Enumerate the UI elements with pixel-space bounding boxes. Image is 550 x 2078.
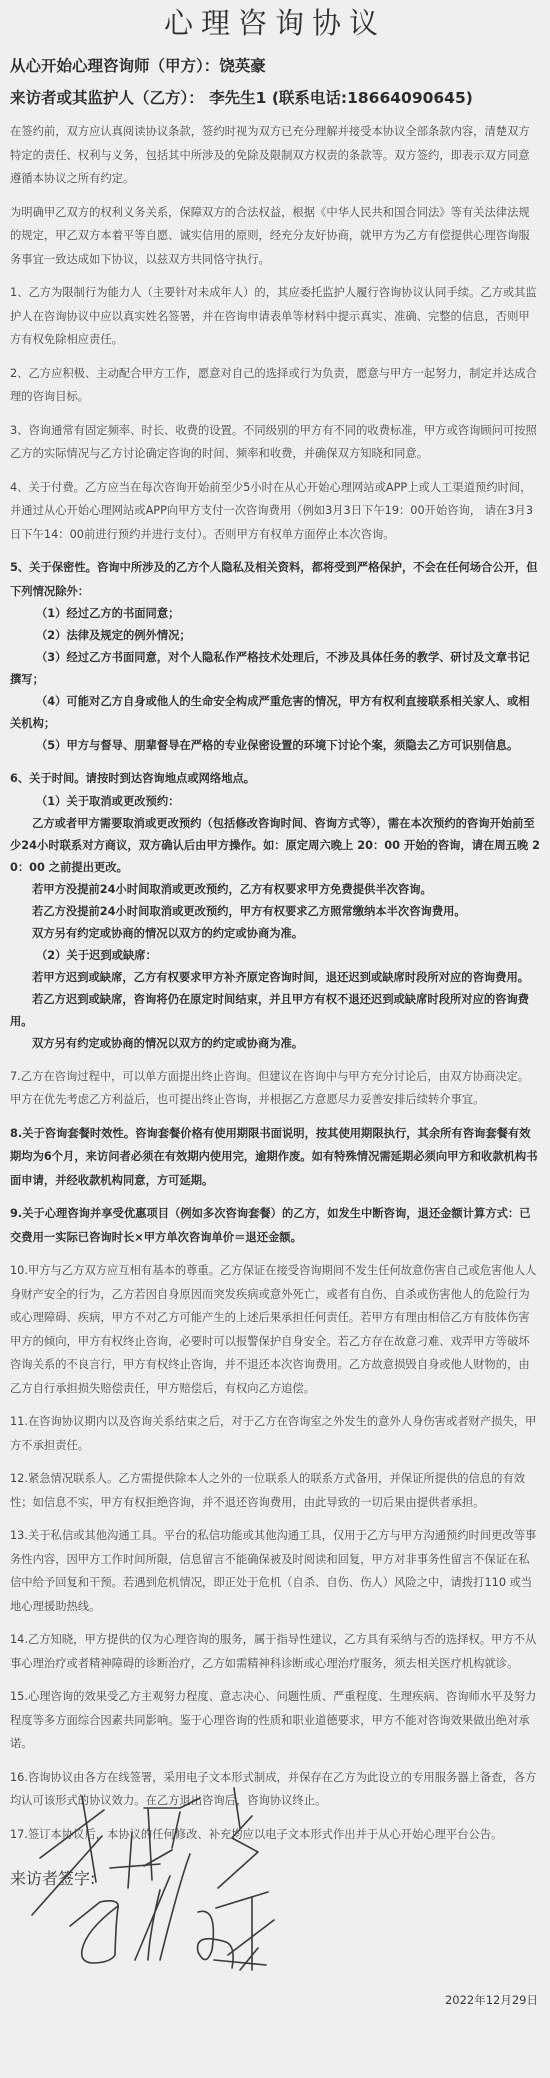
- document-title: 心理咨询协议: [10, 0, 540, 42]
- signature-date: 2022年12月29日: [445, 1992, 538, 2008]
- clause-2: 2、乙方应积极、主动配合甲方工作，愿意对自己的选择或行为负责，愿意与甲方一起努力…: [10, 362, 540, 409]
- clause-15: 15.心理咨询的效果受乙方主观努力程度、意志决心、问题性质、严重程度、生理疾病、…: [10, 1685, 540, 1756]
- clause-6-body: （1）关于取消或更改预约： 乙方或者甲方需要取消或更改预约（包括修改咨询时间、咨…: [10, 791, 540, 1055]
- handwritten-signature-image: [20, 1780, 300, 1980]
- clause-7: 7.乙方在咨询过程中，可以单方面提出终止咨询。但建议在咨询中与甲方充分讨论后，由…: [10, 1065, 540, 1112]
- clause-14: 14.乙方知晓，甲方提供的仅为心理咨询的服务，属于指导性建议，乙方具有采纳与否的…: [10, 1628, 540, 1675]
- party-b-line: 来访者或其监护人（乙方）： 李先生1 (联系电话:18664090645): [10, 88, 540, 108]
- clause-6-sub2-line: 若甲方迟到或缺席，乙方有权要求甲方补齐原定咨询时间，退还迟到或缺席时段所对应的咨…: [10, 967, 540, 989]
- clause-5-item: （5）甲方与督导、朋辈督导在严格的专业保密设置的环境下讨论个案，须隐去乙方可识别…: [10, 735, 540, 757]
- clause-1: 1、乙方为限制行为能力人（主要针对未成年人）的，其应委托监护人履行咨询协议认同手…: [10, 281, 540, 352]
- clause-8: 8.关于咨询套餐时效性。咨询套餐价格有使用期限书面说明，按其使用期限执行，其余所…: [10, 1122, 540, 1193]
- clause-6-sub2-line: 若乙方迟到或缺席，咨询将仍在原定时间结束，并且甲方有权不退还迟到或缺席时段所对应…: [10, 989, 540, 1033]
- clause-10: 10.甲方与乙方双方应互相有基本的尊重。乙方保证在接受咨询期间不发生任何故意伤害…: [10, 1259, 540, 1400]
- clause-5-item: （4）可能对乙方自身或他人的生命安全构成严重危害的情况，甲方有权利直接联系相关家…: [10, 691, 540, 735]
- clause-6-sub1-line: 双方另有约定或协商的情况以双方的约定或协商为准。: [10, 923, 540, 945]
- clause-6-sub2-line: 双方另有约定或协商的情况以双方的约定或协商为准。: [10, 1033, 540, 1055]
- clause-5-item: （2）法律及规定的例外情况；: [10, 625, 540, 647]
- clause-6-sub2-title: （2）关于迟到或缺席：: [10, 945, 540, 967]
- clause-12: 12.紧急情况联系人。乙方需提供除本人之外的一位联系人的联系方式备用，并保证所提…: [10, 1467, 540, 1514]
- clause-6-heading: 6、关于时间。请按时到达咨询地点或网络地点。: [10, 767, 540, 791]
- clause-5-item: （3）经过乙方书面同意，对个人隐私作严格技术处理后，不涉及具体任务的教学、研讨及…: [10, 647, 540, 691]
- clause-5-heading: 5、关于保密性。咨询中所涉及的乙方个人隐私及相关资料，都将受到严格保护，不会在任…: [10, 556, 540, 603]
- clause-13: 13.关于私信或其他沟通工具。平台的私信功能或其他沟通工具，仅用于乙方与甲方沟通…: [10, 1524, 540, 1618]
- clause-6-sub1-title: （1）关于取消或更改预约：: [10, 791, 540, 813]
- clause-5-item: （1）经过乙方的书面同意；: [10, 603, 540, 625]
- clause-6-sub1-line: 若甲方没提前24小时间取消或更改预约，乙方有权要求甲方免费提供半次咨询。: [10, 879, 540, 901]
- clause-11: 11.在咨询协议期内以及咨询关系结束之后，对于乙方在咨询室之外发生的意外人身伤害…: [10, 1410, 540, 1457]
- clause-6-sub1-line: 若乙方没提前24小时间取消或更改预约，甲方有权要求乙方照常缴纳本半次咨询费用。: [10, 901, 540, 923]
- party-a-line: 从心开始心理咨询师（甲方）：饶英豪: [10, 56, 540, 76]
- clause-5-items: （1）经过乙方的书面同意； （2）法律及规定的例外情况； （3）经过乙方书面同意…: [10, 603, 540, 757]
- clause-9: 9.关于心理咨询并享受优惠项目（例如多次咨询套餐）的乙方，如发生中断咨询，退还金…: [10, 1202, 540, 1249]
- agreement-page: 心理咨询协议 从心开始心理咨询师（甲方）：饶英豪 来访者或其监护人（乙方）： 李…: [0, 0, 550, 2078]
- intro-paragraph-2: 为明确甲乙双方的权利义务关系，保障双方的合法权益，根据《中华人民共和国合同法》等…: [10, 201, 540, 272]
- clause-4: 4、关于付费。乙方应当在每次咨询开始前至少5小时在从心开始心理网站或APP上或人…: [10, 476, 540, 547]
- intro-paragraph-1: 在签约前，双方应认真阅读协议条款，签约时视为双方已充分理解并接受本协议全部条款内…: [10, 120, 540, 191]
- clause-3: 3、咨询通常有固定频率、时长、收费的设置。不同级别的甲方有不同的收费标准，甲方或…: [10, 419, 540, 466]
- clause-6-sub1-line: 乙方或者甲方需要取消或更改预约（包括修改咨询时间、咨询方式等），需在本次预约的咨…: [10, 813, 540, 879]
